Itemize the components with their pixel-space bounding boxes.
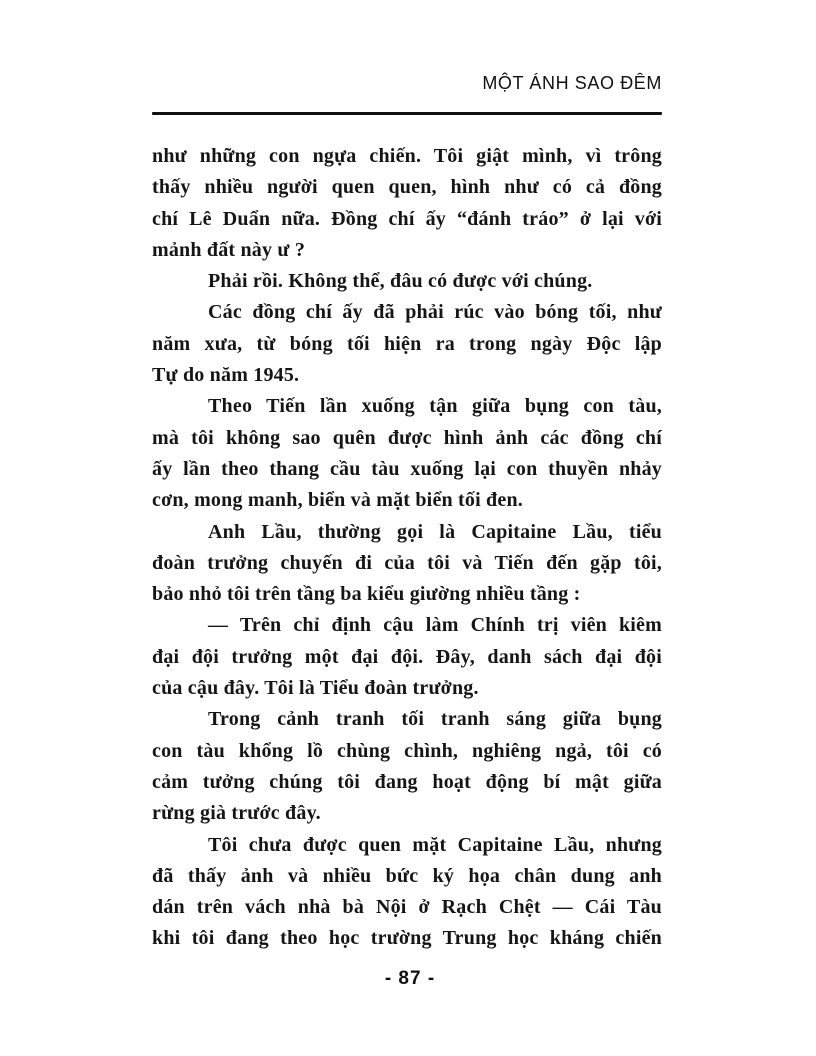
text-line: cơn, mong manh, biển và mặt biển tối đen… <box>152 485 662 516</box>
text-line: — Trên chỉ định cậu làm Chính trị viên k… <box>152 610 662 641</box>
text-line: Trong cảnh tranh tối tranh sáng giữa bụn… <box>152 704 662 735</box>
text-line: Các đồng chí ấy đã phải rúc vào bóng tối… <box>152 297 662 328</box>
book-page: MỘT ÁNH SAO ĐÊM như những con ngựa chiến… <box>0 0 816 1056</box>
page-number: - 87 - <box>340 968 480 990</box>
running-header-title: MỘT ÁNH SAO ĐÊM <box>440 73 662 94</box>
text-line: của cậu đây. Tôi là Tiểu đoàn trưởng. <box>152 673 662 704</box>
text-line: đại đội trưởng một đại đội. Đây, danh sá… <box>152 642 662 673</box>
text-line: như những con ngựa chiến. Tôi giật mình,… <box>152 141 662 172</box>
text-line: thấy nhiều người quen quen, hình như có … <box>152 172 662 203</box>
text-line: Anh Lầu, thường gọi là Capitaine Lầu, ti… <box>152 517 662 548</box>
text-line: bảo nhỏ tôi trên tầng ba kiểu giường nhi… <box>152 579 662 610</box>
paragraph: Các đồng chí ấy đã phải rúc vào bóng tối… <box>152 297 662 391</box>
text-line: Phải rồi. Không thể, đâu có được với chú… <box>152 266 662 297</box>
header-rule <box>152 112 662 115</box>
text-line: Tôi chưa được quen mặt Capitaine Lầu, nh… <box>152 830 662 861</box>
body-text: như những con ngựa chiến. Tôi giật mình,… <box>152 141 662 955</box>
paragraph: — Trên chỉ định cậu làm Chính trị viên k… <box>152 610 662 704</box>
paragraph: Trong cảnh tranh tối tranh sáng giữa bụn… <box>152 704 662 829</box>
text-line: mảnh đất này ư ? <box>152 235 662 266</box>
text-line: con tàu khổng lồ chùng chình, nghiêng ng… <box>152 736 662 767</box>
text-line: cảm tưởng chúng tôi đang hoạt động bí mậ… <box>152 767 662 798</box>
text-line: khi tôi đang theo học trường Trung học k… <box>152 923 662 954</box>
text-line: ấy lần theo thang cầu tàu xuống lại con … <box>152 454 662 485</box>
text-line: chí Lê Duẩn nữa. Đồng chí ấy “đánh tráo”… <box>152 204 662 235</box>
paragraph: Theo Tiến lần xuống tận giữa bụng con tà… <box>152 391 662 516</box>
text-line: đã thấy ảnh và nhiều bức ký họa chân dun… <box>152 861 662 892</box>
paragraph: như những con ngựa chiến. Tôi giật mình,… <box>152 141 662 266</box>
paragraph: Tôi chưa được quen mặt Capitaine Lầu, nh… <box>152 830 662 955</box>
text-line: năm xưa, từ bóng tối hiện ra trong ngày … <box>152 329 662 360</box>
text-line: Tự do năm 1945. <box>152 360 662 391</box>
paragraph: Anh Lầu, thường gọi là Capitaine Lầu, ti… <box>152 517 662 611</box>
text-line: rừng già trước đây. <box>152 798 662 829</box>
text-line: Theo Tiến lần xuống tận giữa bụng con tà… <box>152 391 662 422</box>
text-line: dán trên vách nhà bà Nội ở Rạch Chệt — C… <box>152 892 662 923</box>
text-line: đoàn trưởng chuyến đi của tôi và Tiến đế… <box>152 548 662 579</box>
text-line: mà tôi không sao quên được hình ảnh các … <box>152 423 662 454</box>
paragraph: Phải rồi. Không thể, đâu có được với chú… <box>152 266 662 297</box>
